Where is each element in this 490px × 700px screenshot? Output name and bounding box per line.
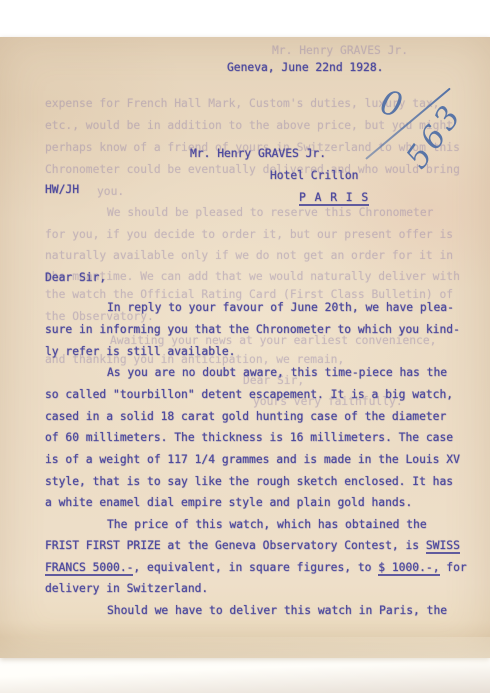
handwritten-numerator: 0 — [377, 82, 407, 125]
scanned-letter-page: { "letter": { "dateline": "Geneva, June … — [0, 0, 490, 700]
handwritten-denominator: 563 — [399, 97, 470, 176]
handwritten-mark: 0 563 — [0, 0, 490, 700]
